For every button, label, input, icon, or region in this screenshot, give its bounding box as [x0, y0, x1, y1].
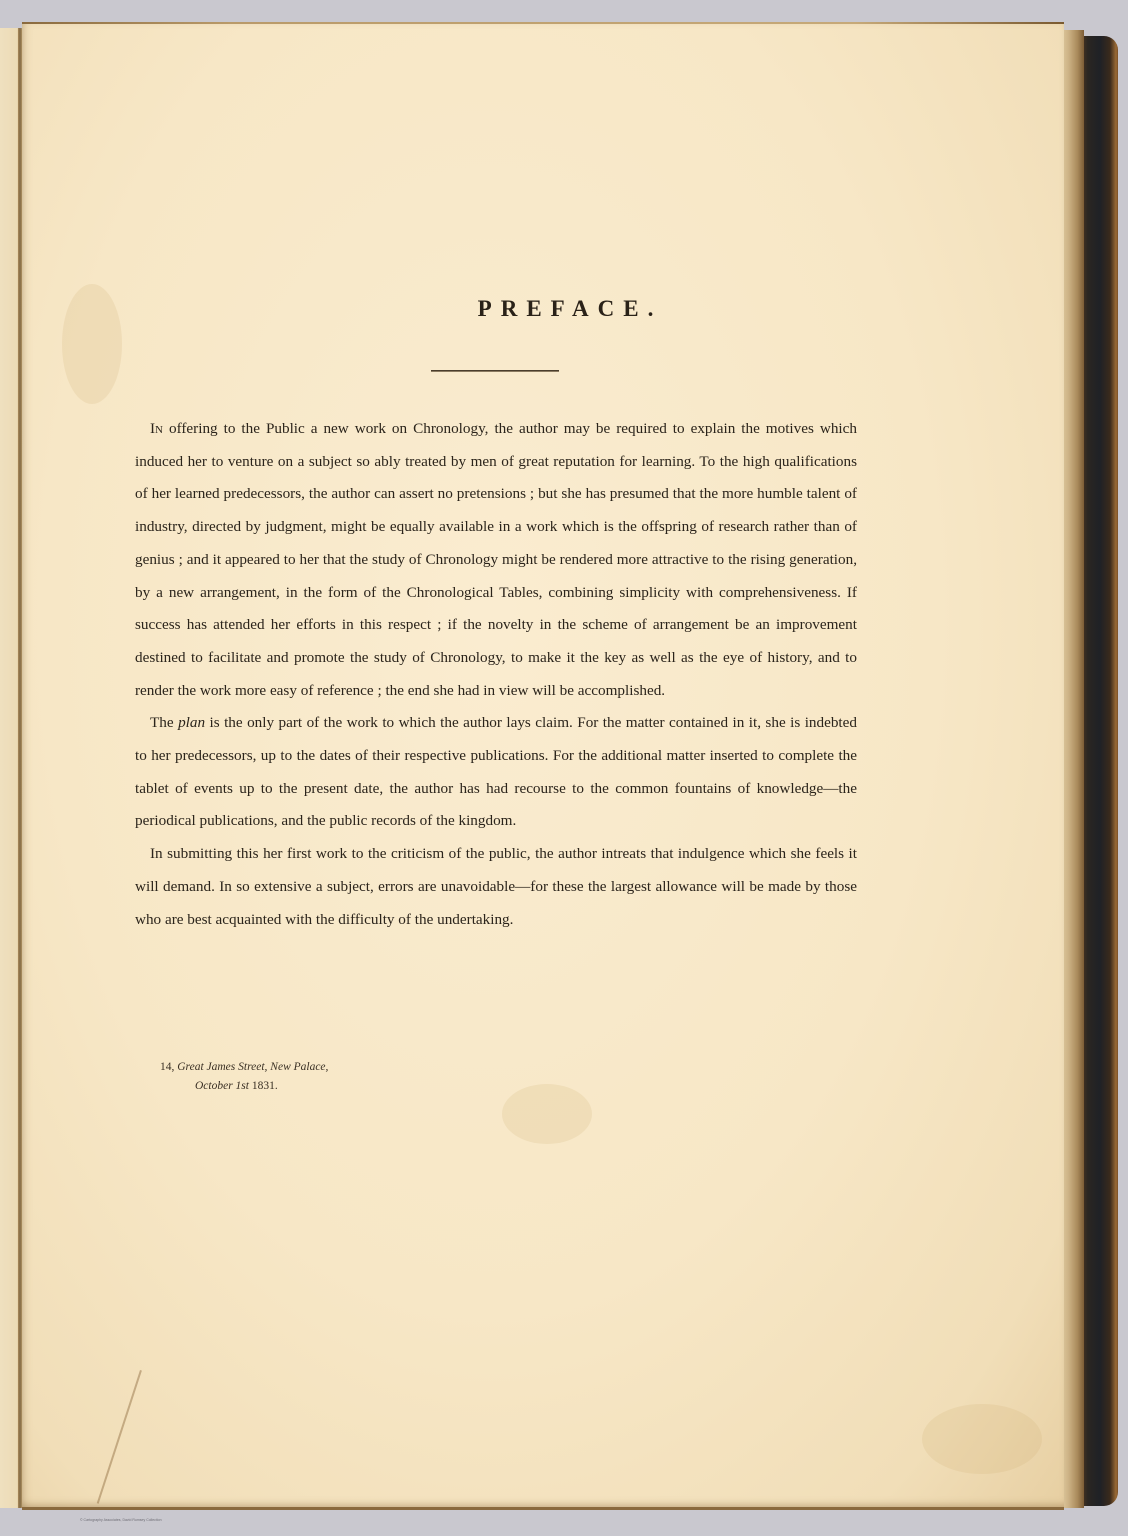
book-binding [1078, 36, 1118, 1506]
emphasis-plan: plan [178, 714, 205, 731]
paragraph-text: offering to the Public a new work on Chr… [135, 420, 857, 699]
page-title: PREFACE. [0, 296, 1128, 322]
signature-block: 14, Great James Street, New Palace, Octo… [160, 1058, 328, 1096]
signature-date: October 1st [195, 1080, 249, 1092]
opening-word: In [150, 420, 163, 437]
signature-date-line: October 1st 1831. [160, 1077, 328, 1096]
paragraph-lead: The [150, 714, 178, 731]
collection-credit: © Cartography Associates, David Rumsey C… [80, 1518, 162, 1522]
street-number: 14, [160, 1061, 177, 1073]
paragraph-2: The plan is the only part of the work to… [135, 707, 857, 838]
paragraph-3: In submitting this her first work to the… [135, 838, 857, 936]
paper-stain [922, 1404, 1042, 1474]
paper-stain [502, 1084, 592, 1144]
paragraph-1: In offering to the Public a new work on … [135, 413, 857, 707]
title-rule [431, 370, 559, 372]
preface-body: In offering to the Public a new work on … [135, 413, 857, 936]
street-address: Great James Street, New Palace, [177, 1061, 328, 1073]
paragraph-text: is the only part of the work to which th… [135, 714, 857, 829]
paragraph-text: In submitting this her first work to the… [135, 845, 857, 927]
signature-year: 1831. [249, 1080, 278, 1092]
signature-address-line: 14, Great James Street, New Palace, [160, 1058, 328, 1077]
